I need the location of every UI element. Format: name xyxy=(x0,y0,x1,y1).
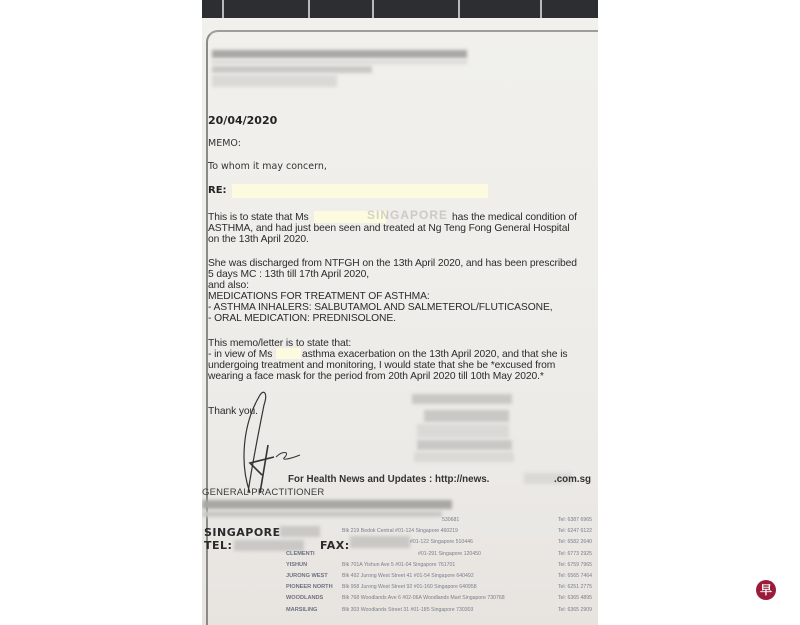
clinic-address: #01-122 Singapore 510446 xyxy=(410,539,473,545)
memo-photo: 20/04/2020 MEMO: To whom it may concern,… xyxy=(202,0,598,625)
clinic-tel: Tel: 6365 2909 xyxy=(558,607,592,613)
zaobao-watermark-logo: 早 xyxy=(756,580,776,600)
clinic-address: Blk 958 Jurong West Street 92 #01-160 Si… xyxy=(342,584,477,590)
clinic-name: PIONEER NORTH xyxy=(286,584,333,590)
redacted-letterhead xyxy=(212,75,337,87)
paragraph2-line: 5 days MC : 13th till 17th April 2020, xyxy=(208,269,369,281)
paragraph2-line: She was discharged from NTFGH on the 13t… xyxy=(208,258,577,270)
redacted-letterhead xyxy=(212,60,467,64)
redacted-stamp xyxy=(417,424,509,438)
redacted-subject xyxy=(232,184,488,198)
clinic-tel: Tel: 6582 2640 xyxy=(558,539,592,545)
clinic-name: MARSILING xyxy=(286,607,317,613)
clinic-tel: Tel: 6365 4895 xyxy=(558,595,592,601)
signatory-title: GENERAL PRACTITIONER xyxy=(202,487,324,498)
clinic-name: YISHUN xyxy=(286,562,307,568)
redacted-stamp xyxy=(417,440,512,450)
footer-tel: TEL: xyxy=(204,539,232,552)
clinic-address: Blk 303 Woodlands Street 31 #01-185 Sing… xyxy=(342,607,473,613)
clinic-address: Blk 768 Woodlands Ave 6 #02-06A Woodland… xyxy=(342,595,505,601)
paragraph3-line: asthma exacerbation on the 13th April 20… xyxy=(302,349,567,361)
paragraph1-line: ASTHMA, and had just been seen and treat… xyxy=(208,223,570,235)
clinic-address: 530681 xyxy=(442,517,459,523)
paragraph2-line: and also: xyxy=(208,280,249,292)
paragraph2-line: - ORAL MEDICATION: PREDNISOLONE. xyxy=(208,313,396,325)
salutation: To whom it may concern, xyxy=(208,161,327,172)
clinic-address: Blk 219 Bedok Central #01-124 Singapore … xyxy=(342,528,458,534)
clinic-tel: Tel: 6773 2925 xyxy=(558,551,592,557)
redacted-name xyxy=(276,348,301,359)
clinic-name: JURONG WEST xyxy=(286,573,328,579)
paragraph1-line: has the medical condition of xyxy=(452,212,577,224)
clinic-tel: Tel: 6251 2775 xyxy=(558,584,592,590)
re-label: RE: xyxy=(208,185,227,196)
paragraph2-line: - ASTHMA INHALERS: SALBUTAMOL AND SALMET… xyxy=(208,302,552,314)
keyboard-edge xyxy=(202,0,598,18)
redacted-letterhead xyxy=(212,50,467,58)
redacted-stamp xyxy=(414,452,514,462)
paragraph1-line: on the 13th April 2020. xyxy=(208,234,309,246)
redacted-fax xyxy=(350,536,410,548)
memo-date: 20/04/2020 xyxy=(208,114,277,127)
memo-heading: MEMO: xyxy=(208,138,241,149)
stamp-ghost-text: SINGAPORE xyxy=(367,208,448,222)
health-news-prefix: For Health News and Updates : http://new… xyxy=(288,474,489,485)
redacted-gp-name xyxy=(202,500,452,509)
clinic-tel: Tel: 6759 7965 xyxy=(558,562,592,568)
redacted-postal xyxy=(280,526,320,537)
clinic-address: Blk 492 Jurong West Street 41 #01-54 Sin… xyxy=(342,573,474,579)
clinic-tel: Tel: 6565 7464 xyxy=(558,573,592,579)
clinic-name: CLEMENTI xyxy=(286,551,315,557)
redacted-letterhead xyxy=(212,66,372,73)
clinic-address: #01-291 Singapore 120450 xyxy=(418,551,481,557)
paragraph1-line: This is to state that Ms xyxy=(208,212,309,224)
clinic-tel: Tel: 6387 6965 xyxy=(558,517,592,523)
redacted-stamp xyxy=(424,410,509,422)
paragraph2-line: MEDICATIONS FOR TREATMENT OF ASTHMA: xyxy=(208,291,430,303)
redacted-tel xyxy=(234,540,304,551)
clinic-name: WOODLANDS xyxy=(286,595,323,601)
redacted-gp-name xyxy=(202,511,442,517)
redacted-stamp xyxy=(412,394,512,404)
clinic-tel: Tel: 6247 6122 xyxy=(558,528,592,534)
health-news-suffix: .com.sg xyxy=(554,474,591,485)
paragraph3-line: wearing a face mask for the period from … xyxy=(208,371,544,383)
paragraph3-line: undergoing treatment and monitoring, I w… xyxy=(208,360,555,372)
paragraph3-line: - in view of Ms xyxy=(208,349,272,361)
clinic-address: Blk 701A Yishun Ave 5 #01-04 Singapore 7… xyxy=(342,562,455,568)
footer-fax: FAX: xyxy=(320,539,350,552)
footer-singapore: SINGAPORE xyxy=(204,526,281,539)
